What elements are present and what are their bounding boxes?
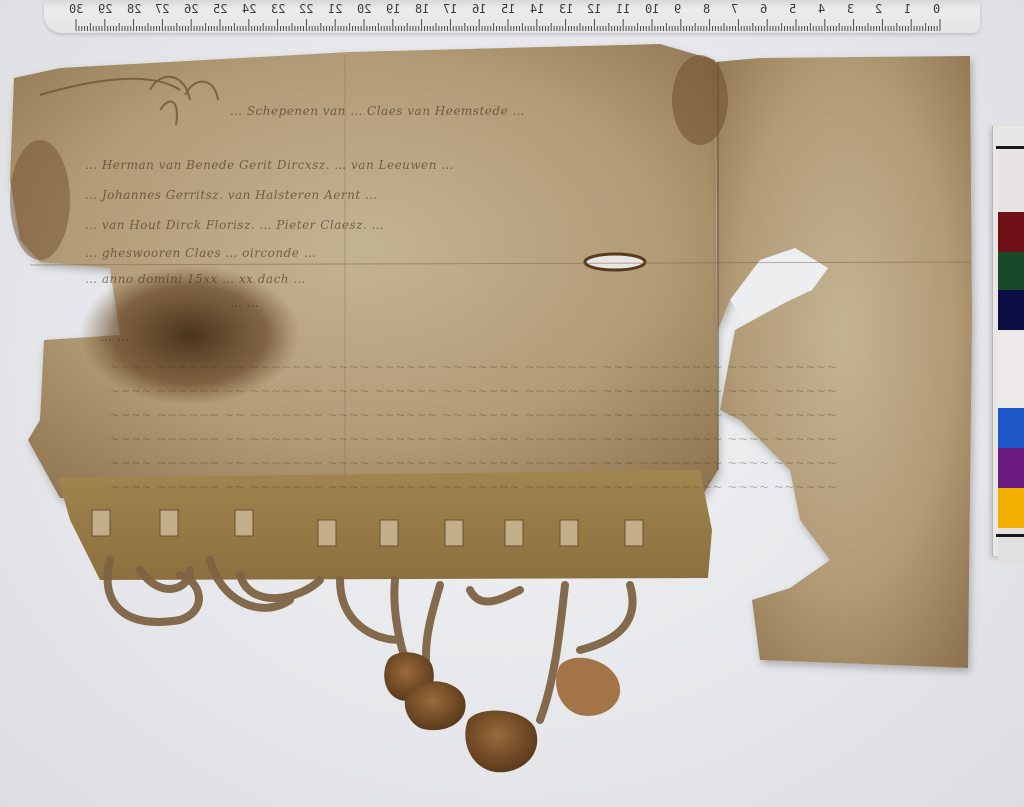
parchment-left-section [10,44,718,500]
tag-slit [380,520,398,546]
tag-slit [92,510,110,536]
tag-slit [445,520,463,546]
tag-slit [318,520,336,546]
parchment-right-section [715,56,972,668]
tag-slit [625,520,643,546]
seal-3 [465,711,537,773]
burn-hole [585,254,645,270]
tag-slit [560,520,578,546]
tag-slit [160,510,178,536]
edge-stain [10,140,70,260]
seal-2 [405,681,466,730]
tag-slit [505,520,523,546]
fold-stain [672,55,728,145]
leather-tags [108,560,633,720]
seal-4 [556,658,620,716]
tag-slit [235,510,253,536]
water-stain [80,265,300,405]
charter-document [0,0,1024,807]
